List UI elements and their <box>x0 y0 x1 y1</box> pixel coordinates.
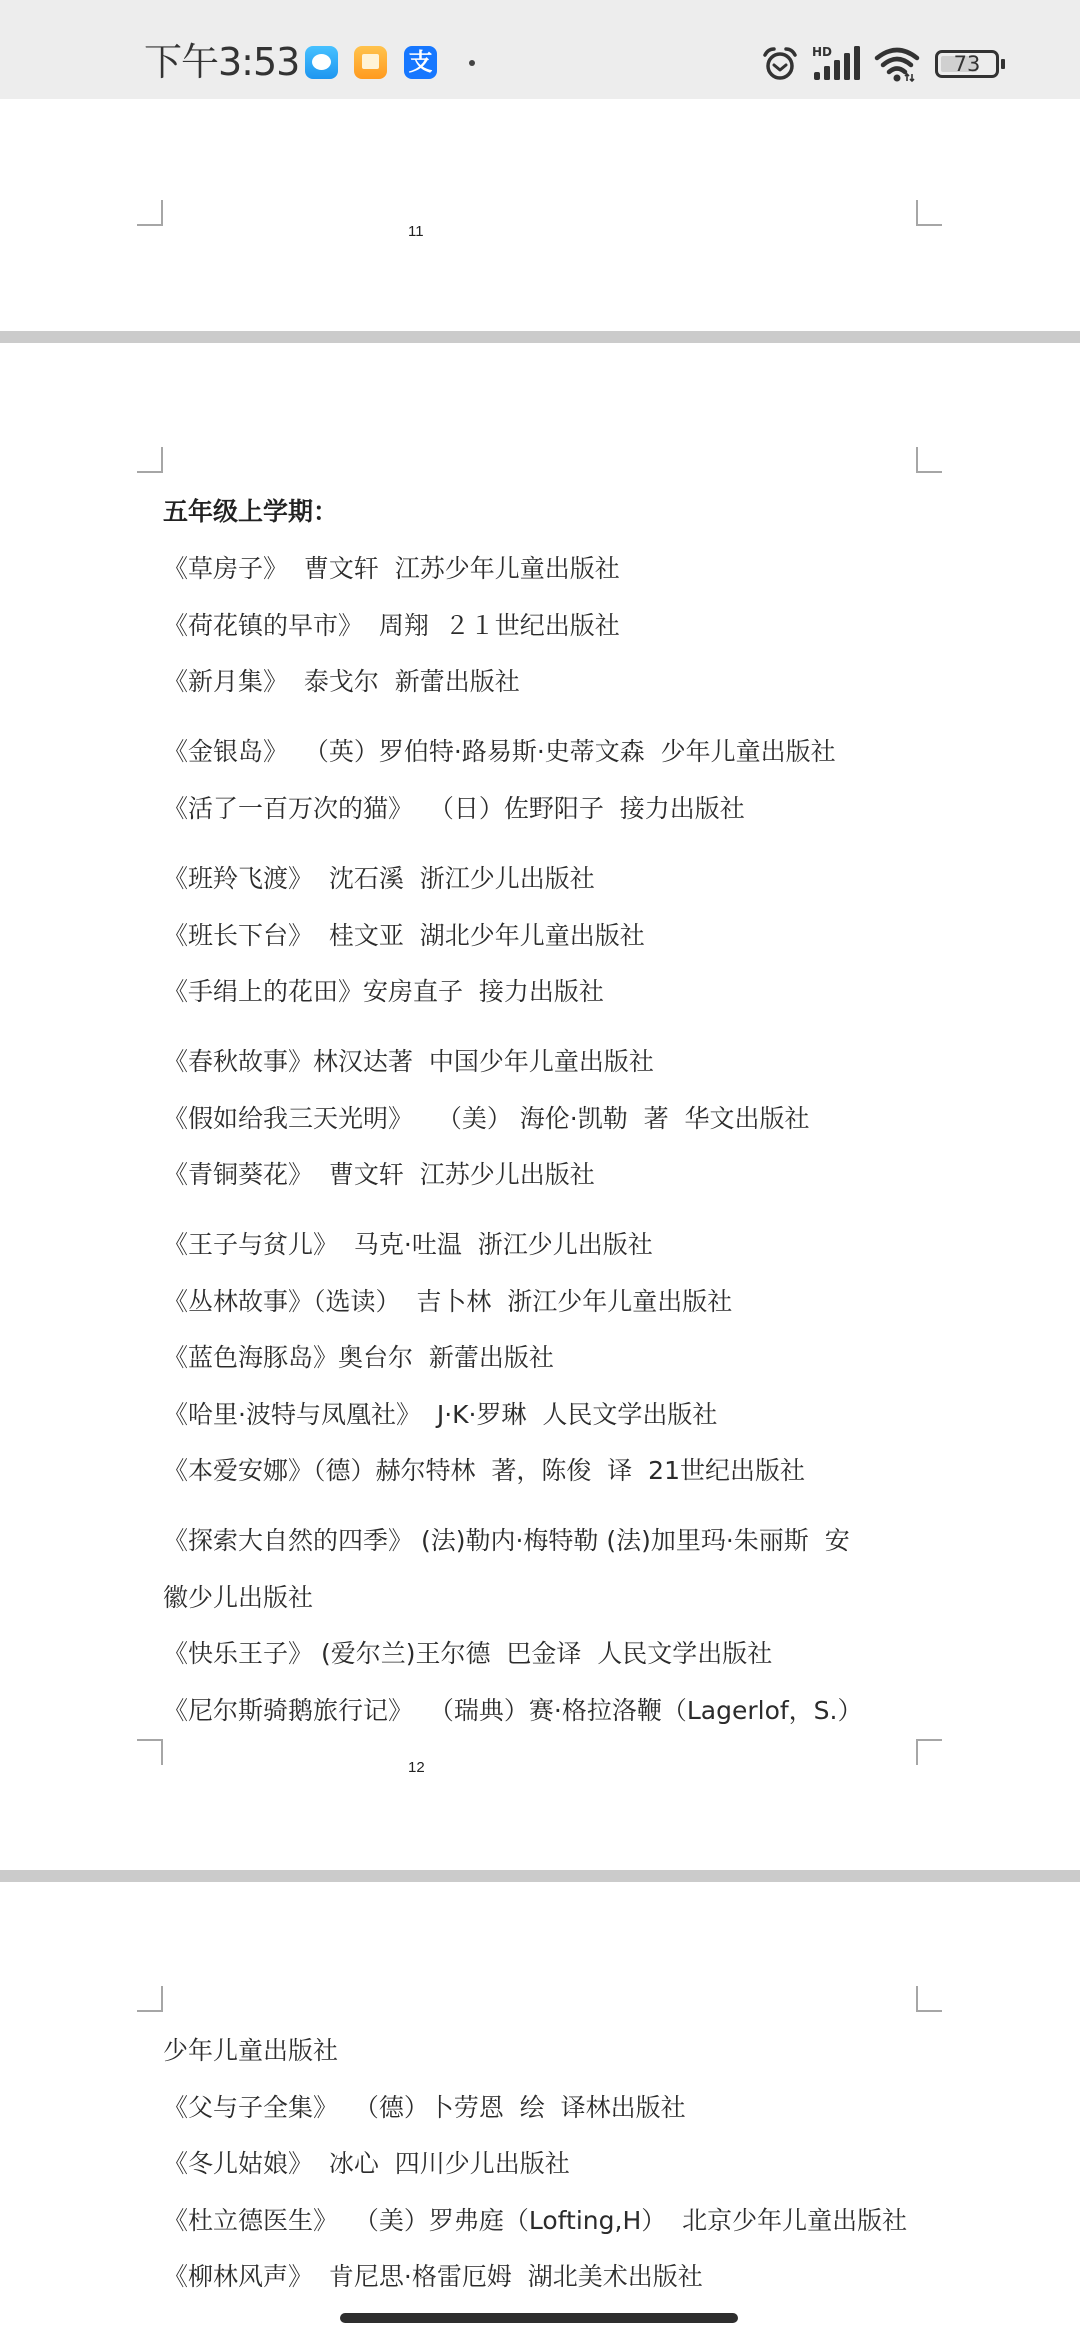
page-corner-mark <box>137 200 163 226</box>
book-entry: 《探索大自然的四季》 (法)勒内·梅特勒 (法)加里玛·朱丽斯 安 <box>163 1524 850 1558</box>
book-entry: 《手绢上的花田》安房直子 接力出版社 <box>163 975 604 1009</box>
book-entry: 《青铜葵花》 曹文轩 江苏少儿出版社 <box>163 1158 595 1192</box>
book-entry-continuation: 徽少儿出版社 <box>163 1581 313 1615</box>
page-separator <box>0 1870 1080 1882</box>
page-corner-mark <box>137 1986 163 2012</box>
book-entry: 《蓝色海豚岛》奥台尔 新蕾出版社 <box>163 1341 554 1375</box>
book-entry: 《本爱安娜》（德）赫尔特林 著，陈俊 译 21世纪出版社 <box>163 1454 805 1488</box>
page-number: 11 <box>408 223 424 240</box>
hd-signal-icon: HD <box>812 44 862 82</box>
document-viewer[interactable]: 11 五年级上学期： 《草房子》 曹文轩 江苏少年儿童出版社 《荷花镇的早市》 … <box>0 99 1080 2340</box>
book-entry: 《柳林风声》 肯尼思·格雷厄姆 湖北美术出版社 <box>163 2260 703 2294</box>
svg-text:HD: HD <box>812 45 832 59</box>
book-entry: 《快乐王子》 (爱尔兰)王尔德 巴金译 人民文学出版社 <box>163 1637 772 1671</box>
more-notifications-dot-icon <box>469 60 475 66</box>
book-entry: 《春秋故事》林汉达著 中国少年儿童出版社 <box>163 1045 654 1079</box>
book-entry: 《草房子》 曹文轩 江苏少年儿童出版社 <box>163 552 620 586</box>
section-heading: 五年级上学期： <box>163 495 338 529</box>
book-entry-continuation: 少年儿童出版社 <box>163 2034 338 2068</box>
book-entry: 《假如给我三天光明》 （美） 海伦·凯勒 著 华文出版社 <box>163 1102 810 1136</box>
book-entry: 《冬儿姑娘》 冰心 四川少儿出版社 <box>163 2147 570 2181</box>
page-corner-mark <box>916 1986 942 2012</box>
status-bar: 下午3:53 支 HD 73 <box>0 0 1080 99</box>
page-separator <box>0 331 1080 343</box>
alarm-icon <box>762 46 798 82</box>
book-entry: 《父与子全集》 （德）卜劳恩 绘 译林出版社 <box>163 2091 686 2125</box>
wifi-icon <box>874 46 920 82</box>
book-entry: 《杜立德医生》 （美）罗弗庭（Lofting,H） 北京少年儿童出版社 <box>163 2204 907 2238</box>
page-corner-mark <box>137 1739 163 1765</box>
battery-cap <box>1001 59 1005 69</box>
book-entry: 《王子与贫儿》 马克·吐温 浙江少儿出版社 <box>163 1228 653 1262</box>
book-entry: 《班长下台》 桂文亚 湖北少年儿童出版社 <box>163 919 645 953</box>
book-entry: 《荷花镇的早市》 周翔 ２１世纪出版社 <box>163 609 620 643</box>
page-number: 12 <box>408 1759 425 1776</box>
home-gesture-bar[interactable] <box>340 2313 738 2323</box>
status-time: 下午3:53 <box>144 38 299 86</box>
battery-icon: 73 <box>935 50 999 78</box>
battery-level: 73 <box>938 53 996 75</box>
message-app-icon <box>305 46 338 79</box>
alipay-icon: 支 <box>404 46 437 79</box>
page-corner-mark <box>916 447 942 473</box>
notes-app-icon <box>354 46 387 79</box>
book-entry: 《丛林故事》（选读） 吉卜林 浙江少年儿童出版社 <box>163 1285 732 1319</box>
page-corner-mark <box>916 1739 942 1765</box>
book-entry: 《金银岛》 （英）罗伯特·路易斯·史蒂文森 少年儿童出版社 <box>163 735 836 769</box>
book-entry: 《新月集》 泰戈尔 新蕾出版社 <box>163 665 520 699</box>
book-entry: 《活了一百万次的猫》 （日）佐野阳子 接力出版社 <box>163 792 745 826</box>
page-corner-mark <box>137 447 163 473</box>
book-entry: 《班羚飞渡》 沈石溪 浙江少儿出版社 <box>163 862 595 896</box>
page-corner-mark <box>916 200 942 226</box>
book-entry: 《尼尔斯骑鹅旅行记》 （瑞典）赛·格拉洛鞭（Lagerlof，S.） <box>163 1694 862 1728</box>
book-entry: 《哈里·波特与凤凰社》 J·K·罗琳 人民文学出版社 <box>163 1398 717 1432</box>
